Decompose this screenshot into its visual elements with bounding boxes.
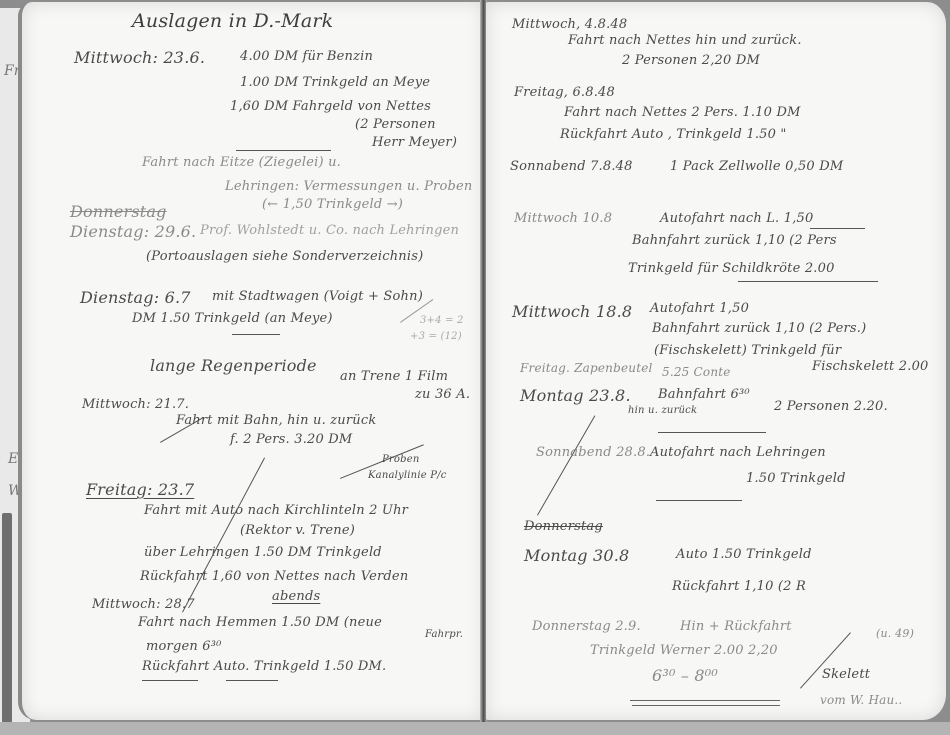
entry-date: Freitag, 6.8.48 xyxy=(514,86,615,99)
entry-line: Rückfahrt Auto. Trinkgeld 1.50 DM. xyxy=(142,660,386,673)
entry-line: Auto 1.50 Trinkgeld xyxy=(676,548,812,561)
entry-date: Mittwoch: 28.7 xyxy=(92,598,195,611)
entry-line: 6³⁰ – 8⁰⁰ xyxy=(652,668,718,684)
entry-heading: lange Regenperiode xyxy=(150,358,317,374)
underline xyxy=(232,334,280,335)
entry-line: Fahrt nach Nettes hin und zurück. xyxy=(568,34,802,47)
entry-line: Bahnfahrt zurück 1,10 (2 Pers.) xyxy=(652,322,866,335)
entry-line: 2 Personen 2.20. xyxy=(774,400,888,413)
underline xyxy=(142,680,198,681)
entry-line: Bahnfahrt 6³⁰ xyxy=(658,388,750,401)
scan-bottom-edge xyxy=(0,722,950,735)
entry-line: Hin + Rückfahrt xyxy=(680,620,792,633)
entry-line: hin u. zurück xyxy=(628,406,697,416)
entry-line: Bahnfahrt zurück 1,10 (2 Pers xyxy=(632,234,837,247)
entry-line: (← 1,50 Trinkgeld →) xyxy=(262,198,403,211)
entry-line: 1 Pack Zellwolle 0,50 DM xyxy=(670,160,843,173)
entry-line: (Rektor v. Trene) xyxy=(240,524,355,537)
entry-date: Montag 23.8. xyxy=(520,388,631,404)
entry-date: Mittwoch 18.8 xyxy=(512,304,632,320)
margin-note: (u. 49) xyxy=(876,628,914,639)
margin-note: Proben xyxy=(382,455,420,465)
entry-line: morgen 6³⁰ xyxy=(146,640,222,653)
entry-line: Trinkgeld für Schildkröte 2.00 xyxy=(628,262,835,275)
entry-line: Fahrt mit Auto nach Kirchlinteln 2 Uhr xyxy=(144,504,408,517)
entry-date: Freitag. Zapenbeutel xyxy=(520,362,653,374)
entry-line: 1.50 Trinkgeld xyxy=(746,472,846,485)
entry-line: (2 Personen xyxy=(355,118,436,131)
entry-date: Freitag: 23.7 xyxy=(86,482,194,498)
underline xyxy=(738,281,878,282)
entry-line: 1,60 DM Fahrgeld von Nettes xyxy=(230,100,431,113)
entry-line: Autofahrt 1,50 xyxy=(650,302,749,315)
entry-line: (Portoauslagen siehe Sonderverzeichnis) xyxy=(146,250,423,263)
entry-line: Rückfahrt Auto , Trinkgeld 1.50 " xyxy=(560,128,787,141)
entry-line: Trinkgeld Werner 2.00 2,20 xyxy=(590,644,778,657)
entry-line: 2 Personen 2,20 DM xyxy=(622,54,760,67)
entry-line: Fischskelett 2.00 xyxy=(812,360,929,373)
double-underline xyxy=(632,705,780,706)
entry-line: Autofahrt nach Lehringen xyxy=(650,446,826,459)
struck-date: Donnerstag xyxy=(70,204,167,220)
margin-note: Skelett xyxy=(822,668,870,681)
entry-line: mit Stadtwagen (Voigt + Sohn) xyxy=(212,290,423,303)
divider-line xyxy=(236,150,331,151)
entry-date: Mittwoch: 23.6. xyxy=(74,50,205,66)
entry-line: abends xyxy=(272,590,320,603)
page-title: Auslagen in D.-Mark xyxy=(132,12,333,31)
entry-line: Herr Meyer) xyxy=(372,136,457,149)
entry-date: Sonnabend 28.8. xyxy=(536,446,650,459)
entry-date: Donnerstag 2.9. xyxy=(532,620,641,633)
entry-date: Dienstag: 29.6. xyxy=(70,224,196,240)
entry-line: Fahrpr. xyxy=(425,630,463,640)
margin-calculation: +3 = (12) xyxy=(410,332,462,342)
divider-line xyxy=(656,500,742,501)
entry-line: zu 36 A. xyxy=(415,388,470,401)
entry-line: Fahrt nach Nettes 2 Pers. 1.10 DM xyxy=(564,106,801,119)
divider-line xyxy=(658,432,766,433)
margin-note: Kanalylinie P/c xyxy=(368,471,447,481)
entry-line: Fahrt mit Bahn, hin u. zurück xyxy=(176,414,376,427)
entry-line: über Lehringen 1.50 DM Trinkgeld xyxy=(144,546,382,559)
entry-date: Mittwoch: 21.7. xyxy=(82,398,189,411)
entry-date: Mittwoch 10.8 xyxy=(514,212,612,225)
margin-calculation: 3+4 = 2 xyxy=(420,316,464,326)
margin-note: vom W. Hau.. xyxy=(820,694,902,706)
entry-date: Montag 30.8 xyxy=(524,548,629,564)
entry-line: Fahrt nach Hemmen 1.50 DM (neue xyxy=(138,616,382,629)
entry-line: 1.00 DM Trinkgeld an Meye xyxy=(240,76,430,89)
entry-line: 5.25 Conte xyxy=(662,366,731,378)
entry-date: Sonnabend 7.8.48 xyxy=(510,160,633,173)
fragment-text: E xyxy=(8,451,18,467)
double-underline xyxy=(630,700,780,701)
entry-line: Lehringen: Vermessungen u. Proben xyxy=(225,180,473,193)
entry-line: Rückfahrt 1,60 von Nettes nach Verden xyxy=(140,570,408,583)
entry-line: Autofahrt nach L. 1,50 xyxy=(660,212,813,225)
entry-date: Mittwoch, 4.8.48 xyxy=(512,18,627,31)
entry-date: Dienstag: 6.7 xyxy=(80,290,191,306)
underline xyxy=(226,680,278,681)
entry-line: (Fischskelett) Trinkgeld für xyxy=(654,344,841,357)
entry-line: Rückfahrt 1,10 (2 R xyxy=(672,580,806,593)
entry-line: Prof. Wohlstedt u. Co. nach Lehringen xyxy=(200,224,459,237)
sum-line xyxy=(810,228,865,229)
entry-line: DM 1.50 Trinkgeld (an Meye) xyxy=(132,312,333,325)
page-stack-shadow xyxy=(2,513,12,723)
entry-line: 4.00 DM für Benzin xyxy=(240,50,373,63)
entry-line: an Trene 1 Film xyxy=(340,370,448,383)
struck-date: Donnerstag xyxy=(524,520,603,533)
entry-line: f. 2 Pers. 3.20 DM xyxy=(230,433,352,446)
entry-line: Fahrt nach Eitze (Ziegelei) u. xyxy=(142,156,341,169)
